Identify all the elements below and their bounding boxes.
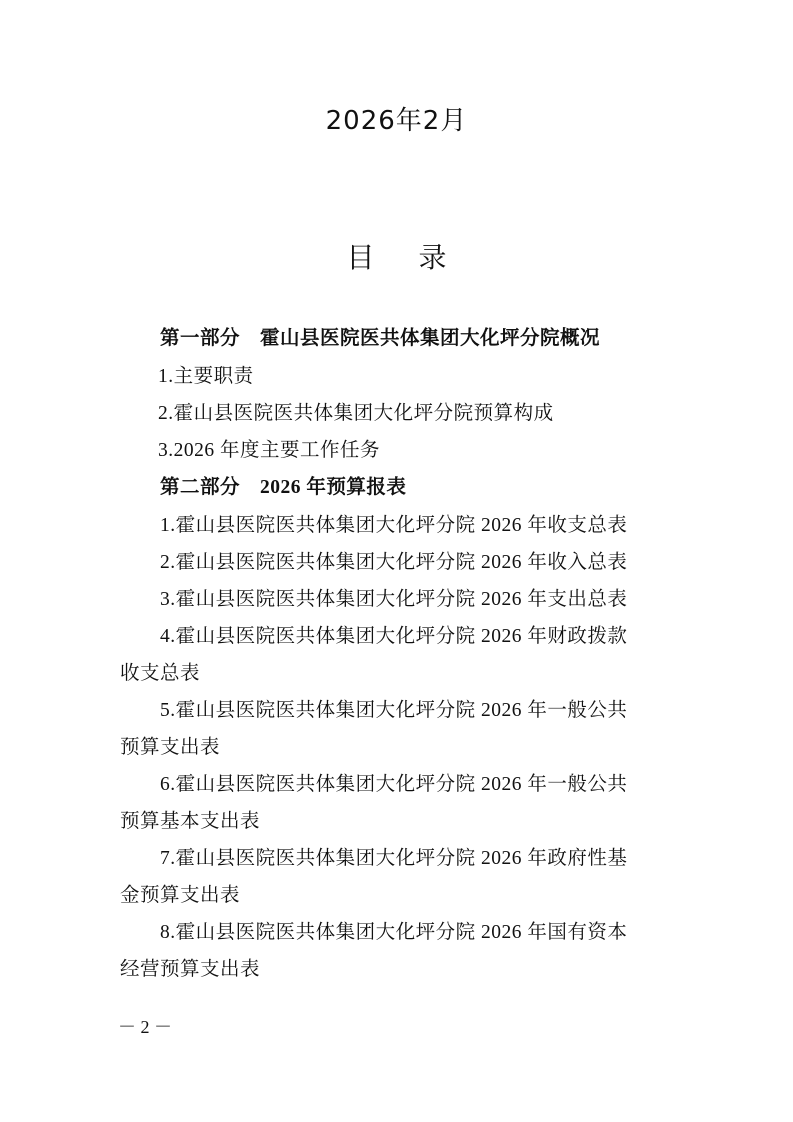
toc-title: 目录 xyxy=(0,236,793,276)
toc-entry-continuation: 金预算支出表 xyxy=(120,879,240,907)
toc-entry: 2.霍山县医院医共体集团大化坪分院 2026 年收入总表 xyxy=(160,546,627,574)
toc-part1-heading: 第一部分 霍山县医院医共体集团大化坪分院概况 xyxy=(160,322,600,350)
toc-entry-continuation: 收支总表 xyxy=(120,657,200,685)
toc-entry: 8.霍山县医院医共体集团大化坪分院 2026 年国有资本 xyxy=(160,916,627,944)
toc-entry: 7.霍山县医院医共体集团大化坪分院 2026 年政府性基 xyxy=(160,842,627,870)
toc-entry: 1.主要职责 xyxy=(158,360,254,388)
page-number: － 2 － xyxy=(118,1013,172,1039)
toc-title-char-2: 录 xyxy=(419,241,447,274)
toc-title-char-1: 目 xyxy=(346,241,374,274)
toc-entry-continuation: 经营预算支出表 xyxy=(120,953,260,981)
toc-entry-continuation: 预算支出表 xyxy=(120,731,220,759)
toc-entry: 4.霍山县医院医共体集团大化坪分院 2026 年财政拨款 xyxy=(160,620,627,648)
toc-part2-heading: 第二部分 2026 年预算报表 xyxy=(160,471,406,499)
document-date: 2026年2月 xyxy=(0,100,793,137)
toc-entry: 3.2026 年度主要工作任务 xyxy=(158,434,380,462)
toc-entry-continuation: 预算基本支出表 xyxy=(120,805,260,833)
toc-entry: 6.霍山县医院医共体集团大化坪分院 2026 年一般公共 xyxy=(160,768,627,796)
toc-entry: 2.霍山县医院医共体集团大化坪分院预算构成 xyxy=(158,397,554,425)
toc-entry: 1.霍山县医院医共体集团大化坪分院 2026 年收支总表 xyxy=(160,509,627,537)
toc-entry: 5.霍山县医院医共体集团大化坪分院 2026 年一般公共 xyxy=(160,694,627,722)
toc-entry: 3.霍山县医院医共体集团大化坪分院 2026 年支出总表 xyxy=(160,583,627,611)
